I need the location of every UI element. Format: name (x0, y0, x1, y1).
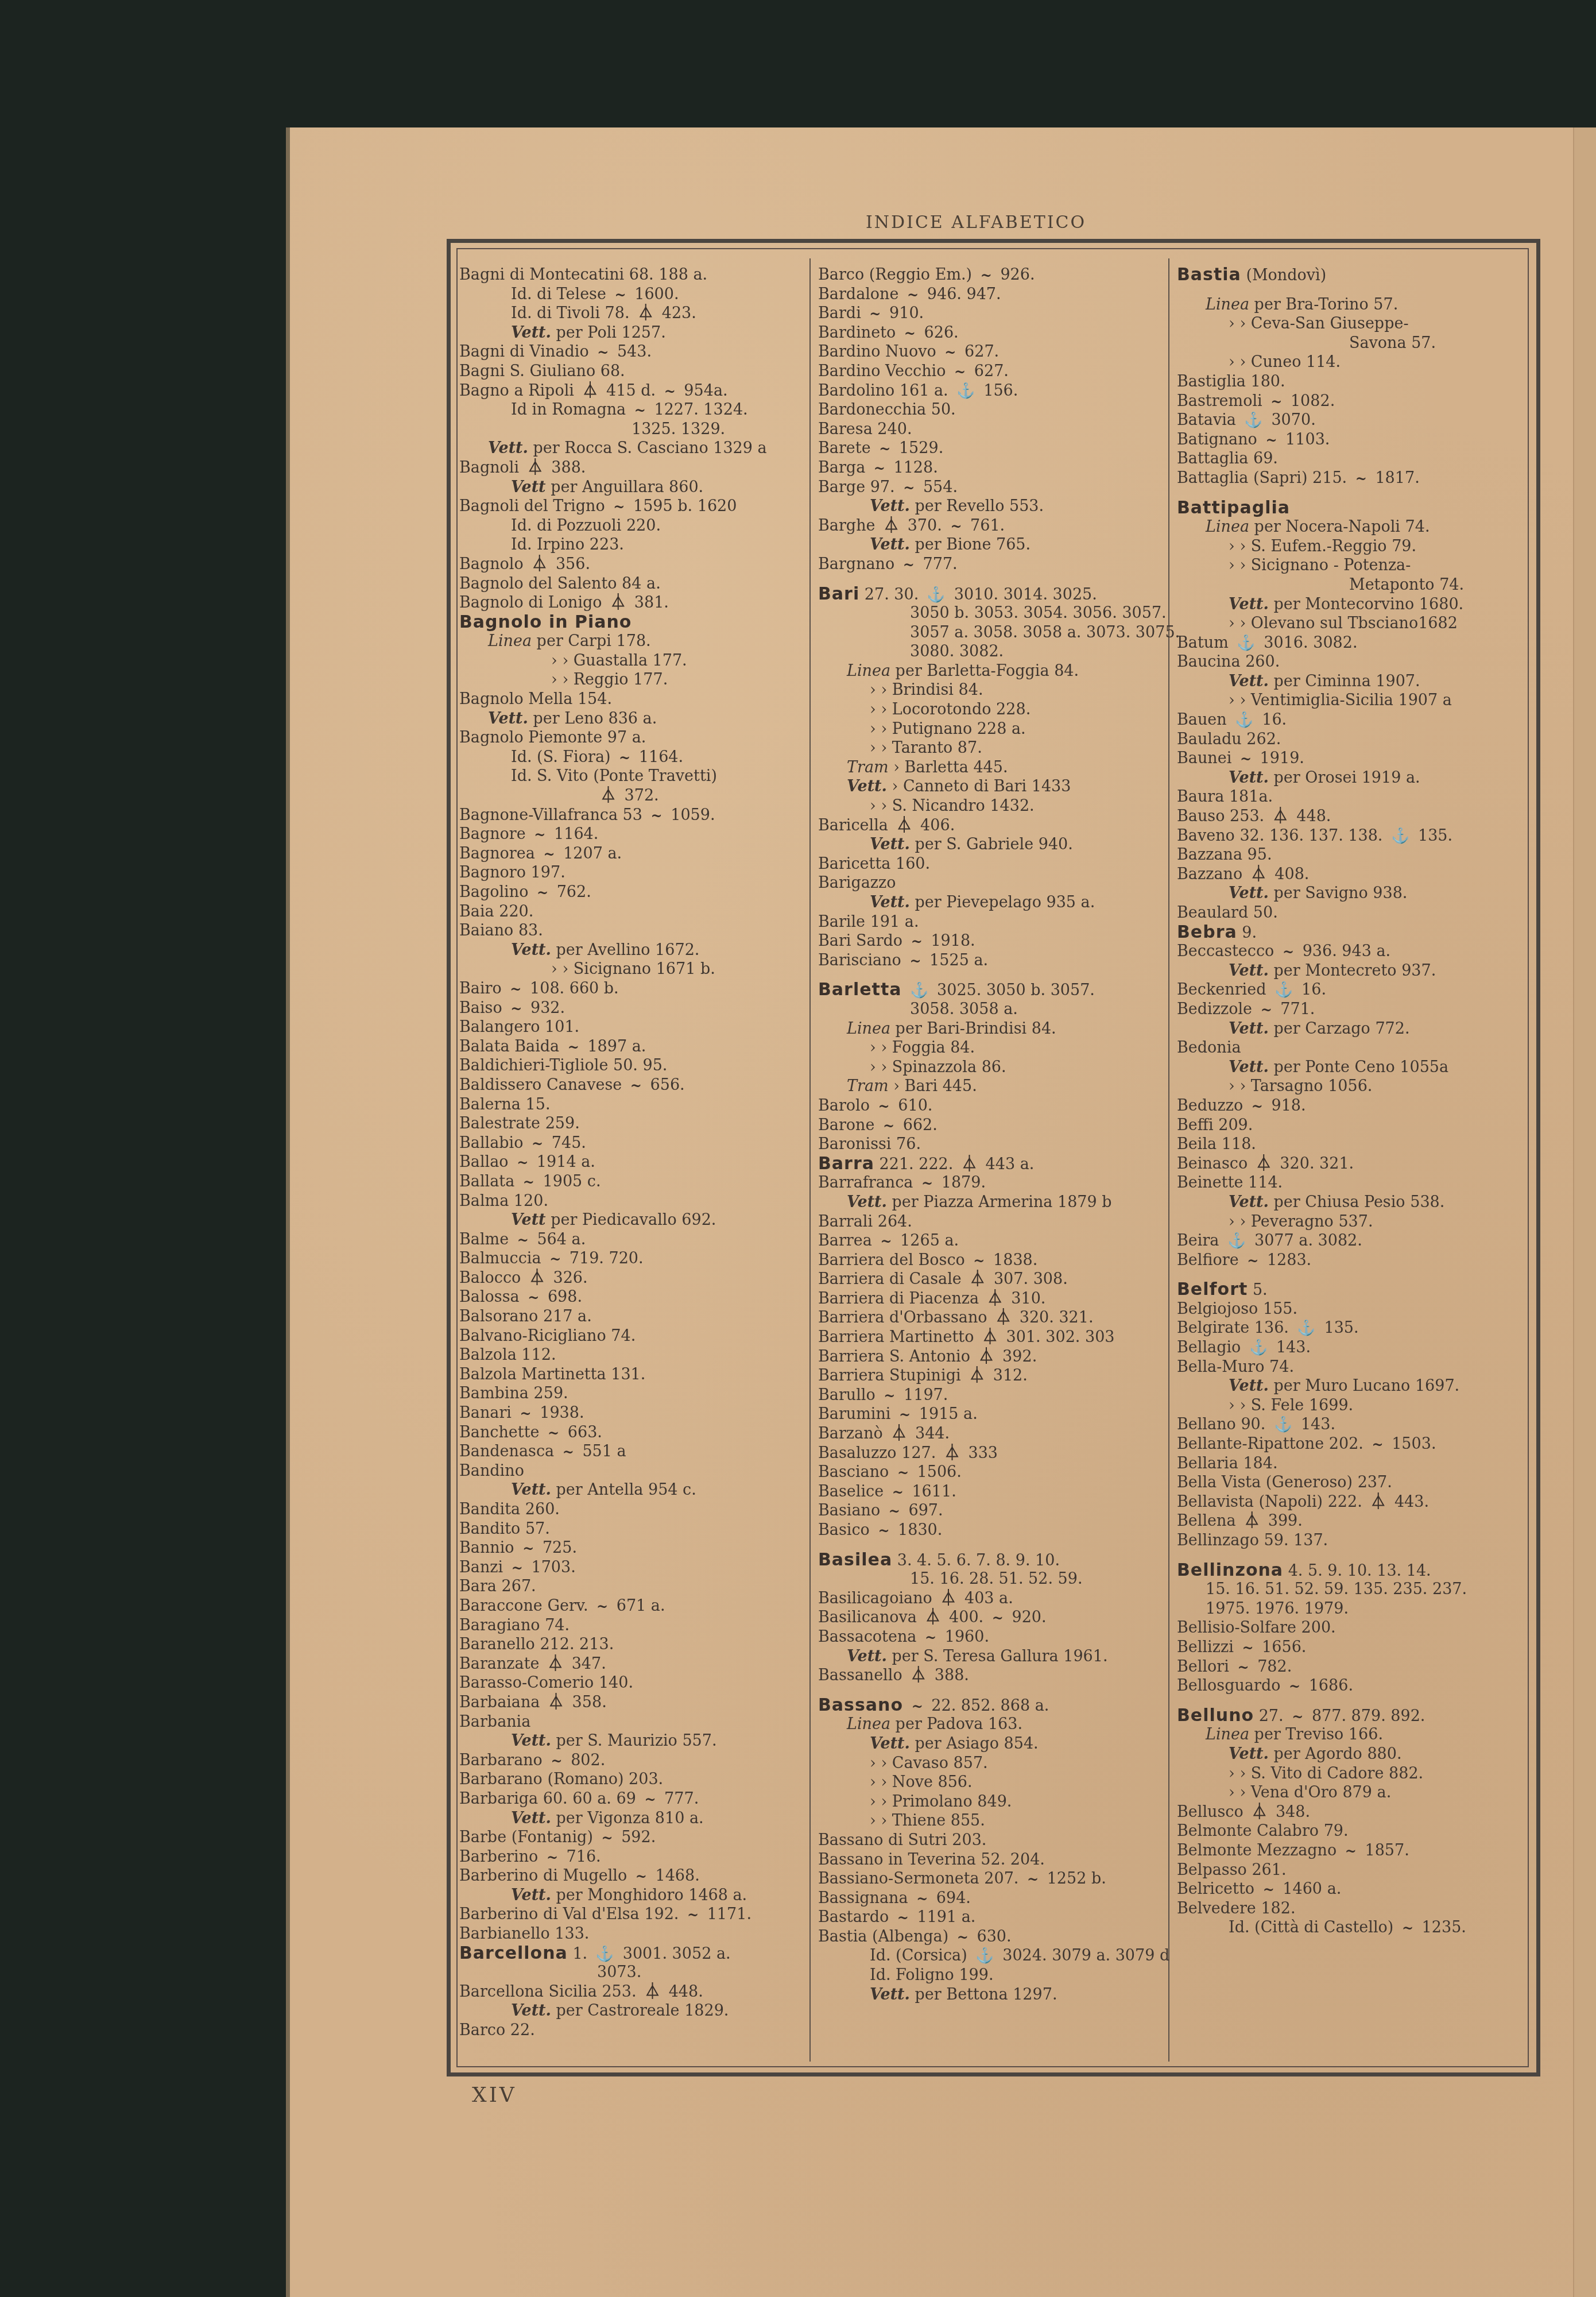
entry-text: Ballabio ~ 745. (459, 1134, 586, 1152)
index-entry: Baia 220. (459, 902, 804, 922)
index-entry: Bagni di Montecatini 68. 188 a. (459, 265, 804, 285)
index-heading: Bari 27. 30. ⚓ 3010. 3014. 3025. (818, 585, 1163, 604)
coach-icon: ~ (992, 1608, 1004, 1627)
coach-icon: ~ (548, 1423, 559, 1443)
entry-text: Bassiano-Sermoneta 207. ~ 1252 b. (818, 1870, 1106, 1888)
index-entry: › › Olevano sul Tbsciano1682 (1177, 614, 1533, 633)
entry-text: Belmonte Calabro 79. (1177, 1822, 1349, 1840)
entry-text: Id in Romagna ~ 1227. 1324. (511, 401, 748, 419)
index-entry: Barigazzo (818, 873, 1163, 893)
entry-text: Beffi 209. (1177, 1116, 1253, 1134)
coach-icon: ~ (664, 381, 676, 401)
entry-text: 1325. 1329. (632, 420, 725, 438)
coach-icon: ~ (904, 323, 916, 343)
coach-icon: ~ (1345, 1841, 1357, 1861)
entry-text: › › Olevano sul Tbsciano1682 (1229, 614, 1458, 632)
index-entry: Bellizzi ~ 1656. (1177, 1638, 1533, 1657)
entry-text: Id. (S. Fiora) ~ 1164. (511, 748, 683, 766)
entry-text: per Bra-Torino 57. (1249, 296, 1398, 314)
index-entry: Vett. per S. Teresa Gallura 1961. (818, 1647, 1163, 1666)
entry-text: Belvedere 182. (1177, 1900, 1296, 1917)
column-divider-2 (1168, 258, 1169, 2062)
index-entry: Bandito 57. (459, 1519, 804, 1539)
index-entry: Barzanò ⏃ 344. (818, 1424, 1163, 1444)
index-entry: Vett. per Ponte Ceno 1055a (1177, 1058, 1533, 1077)
index-entry: Basiano ~ 697. (818, 1501, 1163, 1521)
entry-text: Barullo ~ 1197. (818, 1386, 948, 1404)
index-entry: Bellavista (Napoli) 222. ⏃ 443. (1177, 1492, 1533, 1512)
index-entry: Basciano ~ 1506. (818, 1463, 1163, 1482)
entry-text: per Agordo 880. (1269, 1745, 1402, 1763)
entry-text: › › S. Fele 1699. (1229, 1397, 1353, 1414)
index-entry: Bellisio-Solfare 200. (1177, 1618, 1533, 1638)
index-entry: Balvano-Ricigliano 74. (459, 1327, 804, 1346)
entry-text: Balossa ~ 698. (459, 1288, 582, 1306)
entry-text: Bastia (Albenga) ~ 630. (818, 1928, 1012, 1946)
entry-text: › › Brindisi 84. (870, 681, 983, 699)
entry-text: › › S. Eufem.-Reggio 79. (1229, 537, 1416, 555)
index-entry: Battaglia (Sapri) 215. ~ 1817. (1177, 469, 1533, 488)
coach-icon: ~ (874, 458, 885, 478)
entry-text: Balerna 15. (459, 1096, 550, 1113)
coach-icon: ~ (619, 748, 630, 767)
index-entry: Bandenasca ~ 551 a (459, 1442, 804, 1461)
index-entry: Balerna 15. (459, 1095, 804, 1115)
tram-station-icon: ⏃ (911, 1666, 926, 1685)
entry-text: Barrafranca ~ 1879. (818, 1174, 986, 1192)
coach-icon: ~ (1292, 1707, 1303, 1726)
index-heading: Barra 221. 222. ⏃ 443 a. (818, 1154, 1163, 1174)
index-entry: Linea per Treviso 166. (1177, 1725, 1533, 1745)
heading-text: Belfort (1177, 1279, 1248, 1300)
entry-text: per Carpi 178. (532, 632, 651, 650)
tram-station-icon: ⏃ (1273, 807, 1288, 826)
index-entry: 3057 a. 3058. 3058 a. 3073. 3075. (818, 623, 1163, 643)
entry-text: Id. Irpino 223. (511, 536, 624, 554)
index-entry: Baucina 260. (1177, 652, 1533, 672)
coach-icon: ~ (634, 400, 646, 420)
entry-text: › › Foggia 84. (870, 1039, 975, 1057)
entry-text: per Pievepelago 935 a. (910, 894, 1095, 911)
section-gap (818, 1540, 1163, 1550)
index-entry: Vett. per Carzago 772. (1177, 1019, 1533, 1039)
index-entry: Baricetta 160. (818, 854, 1163, 874)
index-entry: Baragiano 74. (459, 1616, 804, 1635)
linea-label: Linea (847, 1715, 890, 1733)
entry-text: › › Sicignano 1671 b. (551, 960, 715, 978)
entry-text: Bagni di Vinadio ~ 543. (459, 343, 652, 361)
entry-text: Batavia ⚓ 3070. (1177, 411, 1316, 429)
tram-label: Tram (847, 1077, 889, 1095)
index-entry: Barbania (459, 1712, 804, 1732)
entry-text: Bazzano ⏃ 408. (1177, 865, 1309, 883)
coach-icon: ~ (517, 1230, 529, 1250)
entry-text: per Anguillara 860. (546, 478, 704, 496)
index-entry: Bellena ⏃ 399. (1177, 1511, 1533, 1531)
coach-icon: ~ (1270, 392, 1282, 411)
index-entry: Vett. per Savigno 938. (1177, 884, 1533, 903)
index-entry: › › Sicignano 1671 b. (459, 960, 804, 979)
index-entry: Bandino (459, 1461, 804, 1481)
index-entry: Vett. per Revello 553. (818, 497, 1163, 516)
coach-icon: ~ (903, 555, 915, 574)
coach-icon: ~ (897, 1463, 909, 1482)
index-entry: Bagnolo Mella 154. (459, 690, 804, 709)
index-entry: Balme ~ 564 a. (459, 1230, 804, 1250)
index-entry: Baiso ~ 932. (459, 999, 804, 1018)
steamer-icon: ⚓ (1244, 411, 1262, 431)
index-entry: Bassiano-Sermoneta 207. ~ 1252 b. (818, 1869, 1163, 1889)
index-entry: Banchette ~ 663. (459, 1423, 804, 1443)
index-entry: Id. (S. Fiora) ~ 1164. (459, 748, 804, 767)
index-entry: Belfiore ~ 1283. (1177, 1251, 1533, 1270)
index-entry: Bassacotena ~ 1960. (818, 1627, 1163, 1647)
index-entry: Vett. per Piazza Armerina 1879 b (818, 1193, 1163, 1212)
index-entry: Bastardo ~ 1191 a. (818, 1908, 1163, 1927)
index-entry: Bagnoro 197. (459, 863, 804, 883)
section-gap (1177, 285, 1533, 295)
heading-references: 221. 222. ⏃ 443 a. (874, 1155, 1034, 1173)
heading-references: ~ 22. 852. 868 a. (903, 1697, 1049, 1715)
index-entry: › › Primolano 849. (818, 1792, 1163, 1812)
index-entry: Belgirate 136. ⚓ 135. (1177, 1318, 1533, 1338)
vett-label: Vett. (1229, 595, 1269, 613)
entry-text: Battaglia 69. (1177, 450, 1278, 467)
index-entry: Barone ~ 662. (818, 1116, 1163, 1135)
entry-text: Barriera Martinetto ⏃ 301. 302. 303 (818, 1328, 1115, 1346)
index-entry: Balestrate 259. (459, 1114, 804, 1134)
entry-text: Belgirate 136. ⚓ 135. (1177, 1319, 1359, 1337)
entry-text: Barone ~ 662. (818, 1116, 938, 1134)
index-entry: Vett. per Monghidoro 1468 a. (459, 1886, 804, 1905)
coach-icon: ~ (897, 1908, 909, 1927)
index-entry: › › Reggio 177. (459, 670, 804, 690)
coach-icon: ~ (532, 1134, 543, 1153)
heading-text: Battipaglia (1177, 498, 1290, 518)
tram-station-icon: ⏃ (940, 1589, 956, 1608)
index-entry: Vett. per Avellino 1672. (459, 941, 804, 960)
entry-text: Bardino Vecchio ~ 627. (818, 362, 1009, 380)
index-entry: Id. di Telese ~ 1600. (459, 285, 804, 304)
entry-text: per Vigonza 810 a. (551, 1809, 704, 1827)
entry-text: Belgiojoso 155. (1177, 1300, 1297, 1318)
entry-text: Bellori ~ 782. (1177, 1658, 1292, 1676)
entry-text: Baura 181a. (1177, 788, 1273, 806)
index-heading: Bebra 9. (1177, 923, 1533, 942)
entry-text: Bandino (459, 1462, 524, 1480)
heading-text: Bebra (1177, 922, 1237, 942)
heading-references: ⚓ 3025. 3050 b. 3057. (901, 981, 1094, 999)
entry-text: Bagnoli ⏃ 388. (459, 459, 586, 477)
entry-text: Belpasso 261. (1177, 1861, 1287, 1879)
entry-text: › › Spinazzola 86. (870, 1058, 1006, 1076)
coach-icon: ~ (878, 1096, 890, 1116)
index-entry: Belmonte Mezzagno ~ 1857. (1177, 1841, 1533, 1861)
entry-text: › › Taranto 87. (870, 739, 982, 757)
coach-icon: ~ (1247, 1251, 1258, 1270)
entry-text: › Barletta 445. (889, 759, 1008, 776)
index-entry: Barrafranca ~ 1879. (818, 1173, 1163, 1193)
heading-text: Bellinzona (1177, 1560, 1283, 1580)
index-entry: Barbe (Fontanig) ~ 592. (459, 1828, 804, 1847)
index-entry: Baselice ~ 1611. (818, 1482, 1163, 1502)
coach-icon: ~ (568, 1037, 579, 1057)
index-entry: Id. di Pozzuoli 220. (459, 516, 804, 536)
index-entry: Bella-Muro 74. (1177, 1358, 1533, 1377)
entry-text: Bagnone-Villafranca 53 ~ 1059. (459, 806, 715, 824)
entry-text: Beaulard 50. (1177, 904, 1278, 922)
entry-text: Barbaiana ⏃ 358. (459, 1693, 607, 1711)
entry-text: Baunei ~ 1919. (1177, 749, 1304, 767)
entry-text: Barriera Stupinigi ⏃ 312. (818, 1367, 1028, 1385)
entry-text: › › Peveragno 537. (1229, 1213, 1373, 1231)
coach-icon: ~ (1372, 1434, 1383, 1454)
steamer-icon: ⚓ (956, 382, 975, 401)
vett-label: Vett (511, 1211, 546, 1229)
heading-text: Bagnolo in Piano (459, 612, 632, 632)
entry-text: per Piazza Armerina 1879 b (887, 1193, 1112, 1211)
tram-station-icon: ⏃ (970, 1270, 985, 1289)
heading-text: Bassano (818, 1695, 903, 1715)
entry-text: Bardolino 161 a. ⚓ 156. (818, 382, 1018, 400)
index-entry: Bellosguardo ~ 1686. (1177, 1676, 1533, 1696)
linea-label: Linea (847, 1020, 890, 1038)
tram-station-icon: ⏃ (891, 1424, 907, 1444)
index-entry: Bari Sardo ~ 1918. (818, 931, 1163, 951)
entry-text: Balvano-Ricigliano 74. (459, 1327, 636, 1345)
tram-station-icon: ⏃ (962, 1155, 977, 1174)
entry-text: Bagni S. Giuliano 68. (459, 362, 625, 380)
tram-station-icon: ⏃ (995, 1308, 1011, 1328)
entry-text: Baraccone Gerv. ~ 671 a. (459, 1597, 665, 1615)
index-entry: Vett. per Ciminna 1907. (1177, 672, 1533, 691)
index-entry: Bardi ~ 910. (818, 304, 1163, 323)
index-entry: Metaponto 74. (1177, 575, 1533, 595)
index-entry: Barrea ~ 1265 a. (818, 1231, 1163, 1251)
steamer-icon: ⚓ (596, 1945, 614, 1965)
index-entry: Bardolino 161 a. ⚓ 156. (818, 381, 1163, 401)
index-entry: Bauso 253. ⏃ 448. (1177, 807, 1533, 826)
coach-icon: ~ (523, 1172, 534, 1192)
index-heading: Bagnolo in Piano (459, 613, 804, 632)
linea-label: Linea (488, 632, 532, 650)
entry-text: Bassacotena ~ 1960. (818, 1628, 989, 1646)
index-heading: Belfort 5. (1177, 1280, 1533, 1300)
index-entry: Basico ~ 1830. (818, 1521, 1163, 1540)
vett-label: Vett. (1229, 1745, 1269, 1763)
index-entry: Bassanello ⏃ 388. (818, 1666, 1163, 1685)
entry-text: Baricetta 160. (818, 855, 930, 873)
index-entry: Belmonte Calabro 79. (1177, 1822, 1533, 1841)
entry-text: per Orosei 1919 a. (1269, 769, 1420, 787)
index-entry: › › Ventimiglia-Sicilia 1907 a (1177, 691, 1533, 710)
entry-text: Baldissero Canavese ~ 656. (459, 1076, 685, 1094)
entry-text: per Carzago 772. (1269, 1020, 1410, 1038)
coach-icon: ~ (549, 1249, 561, 1269)
tram-station-icon: ⏃ (982, 1328, 998, 1347)
index-heading: Battipaglia (1177, 498, 1533, 518)
index-entry: Bardino Vecchio ~ 627. (818, 362, 1163, 381)
entry-text: Baragiano 74. (459, 1617, 570, 1634)
entry-text: Balocco ⏃ 326. (459, 1269, 588, 1287)
entry-text: ⏃ 372. (597, 787, 659, 805)
index-entry: Beffi 209. (1177, 1116, 1533, 1135)
entry-text: Bagnore ~ 1164. (459, 825, 598, 843)
tram-station-icon: ⏃ (529, 1269, 545, 1288)
index-entry: Id. di Tivoli 78. ⏃ 423. (459, 304, 804, 323)
entry-text: Balangero 101. (459, 1018, 579, 1036)
vett-label: Vett. (870, 894, 910, 911)
entry-text: Bagni di Montecatini 68. 188 a. (459, 266, 707, 284)
coach-icon: ~ (613, 497, 625, 516)
entry-text: › › Guastalla 177. (551, 652, 687, 670)
index-entry: Linea per Nocera-Napoli 74. (1177, 517, 1533, 537)
entry-text: Beccastecco ~ 936. 943 a. (1177, 942, 1390, 960)
index-entry: Bassano di Sutri 203. (818, 1831, 1163, 1850)
index-entry: Vett. per Poli 1257. (459, 323, 804, 343)
index-heading: Bellinzona 4. 5. 9. 10. 13. 14. (1177, 1561, 1533, 1580)
index-entry: Linea per Carpi 178. (459, 632, 804, 651)
tram-station-icon: ⏃ (1251, 865, 1266, 884)
entry-text: Bagnolo del Salento 84 a. (459, 575, 661, 593)
index-entry: Bardalone ~ 946. 947. (818, 285, 1163, 304)
steamer-icon: ⚓ (1274, 1416, 1292, 1435)
entry-text: Bella Vista (Generoso) 237. (1177, 1474, 1392, 1491)
entry-text: Balestrate 259. (459, 1115, 580, 1132)
coach-icon: ~ (1240, 749, 1252, 768)
index-entry: › › S. Nicandro 1432. (818, 796, 1163, 816)
index-entry: Bairo ~ 108. 660 b. (459, 979, 804, 999)
index-entry: Bastremoli ~ 1082. (1177, 392, 1533, 411)
entry-text: Bagnorea ~ 1207 a. (459, 845, 622, 863)
index-entry: Vett per Anguillara 860. (459, 478, 804, 497)
entry-text: Balzola Martinetta 131. (459, 1366, 645, 1383)
index-entry: Barriera del Bosco ~ 1838. (818, 1251, 1163, 1270)
index-entry: Bellano 90. ⚓ 143. (1177, 1415, 1533, 1434)
entry-text: per Poli 1257. (551, 324, 666, 342)
index-entry: › › Locorotondo 228. (818, 700, 1163, 720)
vett-label: Vett. (511, 1481, 551, 1499)
entry-text: Barete ~ 1529. (818, 439, 943, 457)
heading-text: Basilea (818, 1550, 892, 1570)
index-entry: Id in Romagna ~ 1227. 1324. (459, 400, 804, 420)
entry-text: Beira ⚓ 3077 a. 3082. (1177, 1232, 1362, 1250)
entry-text: 15. 16. 28. 51. 52. 59. (910, 1570, 1083, 1588)
index-entry: Barberino ~ 716. (459, 1847, 804, 1867)
entry-text: › › Nove 856. (870, 1773, 973, 1791)
index-entry: Belricetto ~ 1460 a. (1177, 1880, 1533, 1899)
section-gap (1177, 1270, 1533, 1280)
entry-text: › › Cavaso 857. (870, 1754, 988, 1772)
steamer-icon: ⚓ (1391, 827, 1409, 846)
index-entry: Beckenried ⚓ 16. (1177, 980, 1533, 1000)
index-entry: Bagnoli ⏃ 388. (459, 458, 804, 478)
tram-station-icon: ⏃ (528, 458, 543, 478)
coach-icon: ~ (630, 1076, 642, 1095)
coach-icon: ~ (1027, 1869, 1039, 1889)
index-entry: Bagolino ~ 762. (459, 883, 804, 902)
index-entry: Savona 57. (1177, 334, 1533, 353)
index-entry: › › Thiene 855. (818, 1811, 1163, 1831)
index-entry: Bellante-Ripattone 202. ~ 1503. (1177, 1434, 1533, 1454)
entry-text: Baia 220. (459, 903, 533, 921)
entry-text: Barisciano ~ 1525 a. (818, 952, 988, 969)
index-entry: › › Ceva-San Giuseppe- (1177, 314, 1533, 334)
entry-text: Bagnoro 197. (459, 864, 565, 881)
tram-station-icon: ⏃ (532, 555, 547, 574)
entry-text: › › Ventimiglia-Sicilia 1907 a (1229, 691, 1452, 709)
section-gap (818, 574, 1163, 585)
index-entry: Tram › Barletta 445. (818, 758, 1163, 778)
entry-text: Ballata ~ 1905 c. (459, 1173, 601, 1190)
index-entry: Banari ~ 1938. (459, 1403, 804, 1423)
coach-icon: ~ (615, 285, 626, 304)
coach-icon: ~ (543, 844, 555, 864)
index-entry: Barco 22. (459, 2021, 804, 2040)
index-entry: Bedizzole ~ 771. (1177, 1000, 1533, 1019)
coach-icon: ~ (889, 1501, 900, 1521)
tram-station-icon: ⏃ (583, 381, 598, 401)
index-entry: Barghe ⏃ 370. ~ 761. (818, 516, 1163, 536)
entry-text: per Padova 163. (890, 1715, 1022, 1733)
entry-text: Barge 97. ~ 554. (818, 478, 958, 496)
entry-text: per Nocera-Napoli 74. (1249, 518, 1430, 536)
index-entry: Barge 97. ~ 554. (818, 478, 1163, 497)
entry-text: › › Cuneo 114. (1229, 353, 1341, 371)
section-gap (1177, 488, 1533, 498)
index-entry: › › Putignano 228 a. (818, 720, 1163, 739)
section-gap (1177, 1550, 1533, 1561)
heading-references: 1. ⚓ 3001. 3052 a. (568, 1945, 731, 1963)
coach-icon: ~ (651, 806, 663, 825)
index-entry: Bagnolo ⏃ 356. (459, 555, 804, 574)
index-entry: Id. (Corsica) ⚓ 3024. 3079 a. 3079 d (818, 1946, 1163, 1966)
coach-icon: ~ (687, 1905, 699, 1924)
tram-station-icon: ⏃ (645, 1982, 660, 2002)
entry-text: per Asiago 854. (910, 1735, 1039, 1753)
index-entry: › › Cavaso 857. (818, 1754, 1163, 1773)
entry-text: Barbania (459, 1713, 530, 1731)
entry-text: Basico ~ 1830. (818, 1521, 942, 1539)
entry-text: Bedizzole ~ 771. (1177, 1000, 1315, 1018)
entry-text: Metaponto 74. (1349, 576, 1464, 594)
coach-icon: ~ (909, 951, 921, 970)
coach-icon: ~ (903, 478, 915, 497)
entry-text: Id. (Corsica) ⚓ 3024. 3079 a. 3079 d (870, 1947, 1169, 1965)
entry-text: Batum ⚓ 3016. 3082. (1177, 634, 1358, 652)
tram-station-icon: ⏃ (638, 304, 653, 323)
tram-station-icon: ⏃ (944, 1444, 960, 1463)
vett-label: Vett. (847, 1648, 887, 1665)
entry-text: Bella-Muro 74. (1177, 1358, 1294, 1376)
index-entry: Bellagio ⚓ 143. (1177, 1338, 1533, 1358)
entry-text: per Avellino 1672. (551, 941, 699, 959)
index-entry: Linea per Bra-Torino 57. (1177, 295, 1533, 315)
entry-text: Barzanò ⏃ 344. (818, 1425, 950, 1443)
index-entry: › › Foggia 84. (818, 1038, 1163, 1058)
entry-text: Barberino di Mugello ~ 1468. (459, 1867, 700, 1885)
linea-label: Linea (1206, 296, 1249, 314)
entry-text: Barbarano (Romano) 203. (459, 1770, 663, 1788)
entry-text: 1975. 1976. 1979. (1206, 1600, 1349, 1618)
entry-text: › › Ceva-San Giuseppe- (1229, 315, 1409, 332)
index-heading: Bassano ~ 22. 852. 868 a. (818, 1696, 1163, 1715)
heading-text: Barra (818, 1154, 874, 1174)
index-entry: Bazzano ⏃ 408. (1177, 865, 1533, 884)
entry-text: Bazzana 95. (1177, 846, 1272, 864)
entry-text: Bargnano ~ 777. (818, 555, 958, 573)
coach-icon: ~ (925, 1627, 936, 1647)
